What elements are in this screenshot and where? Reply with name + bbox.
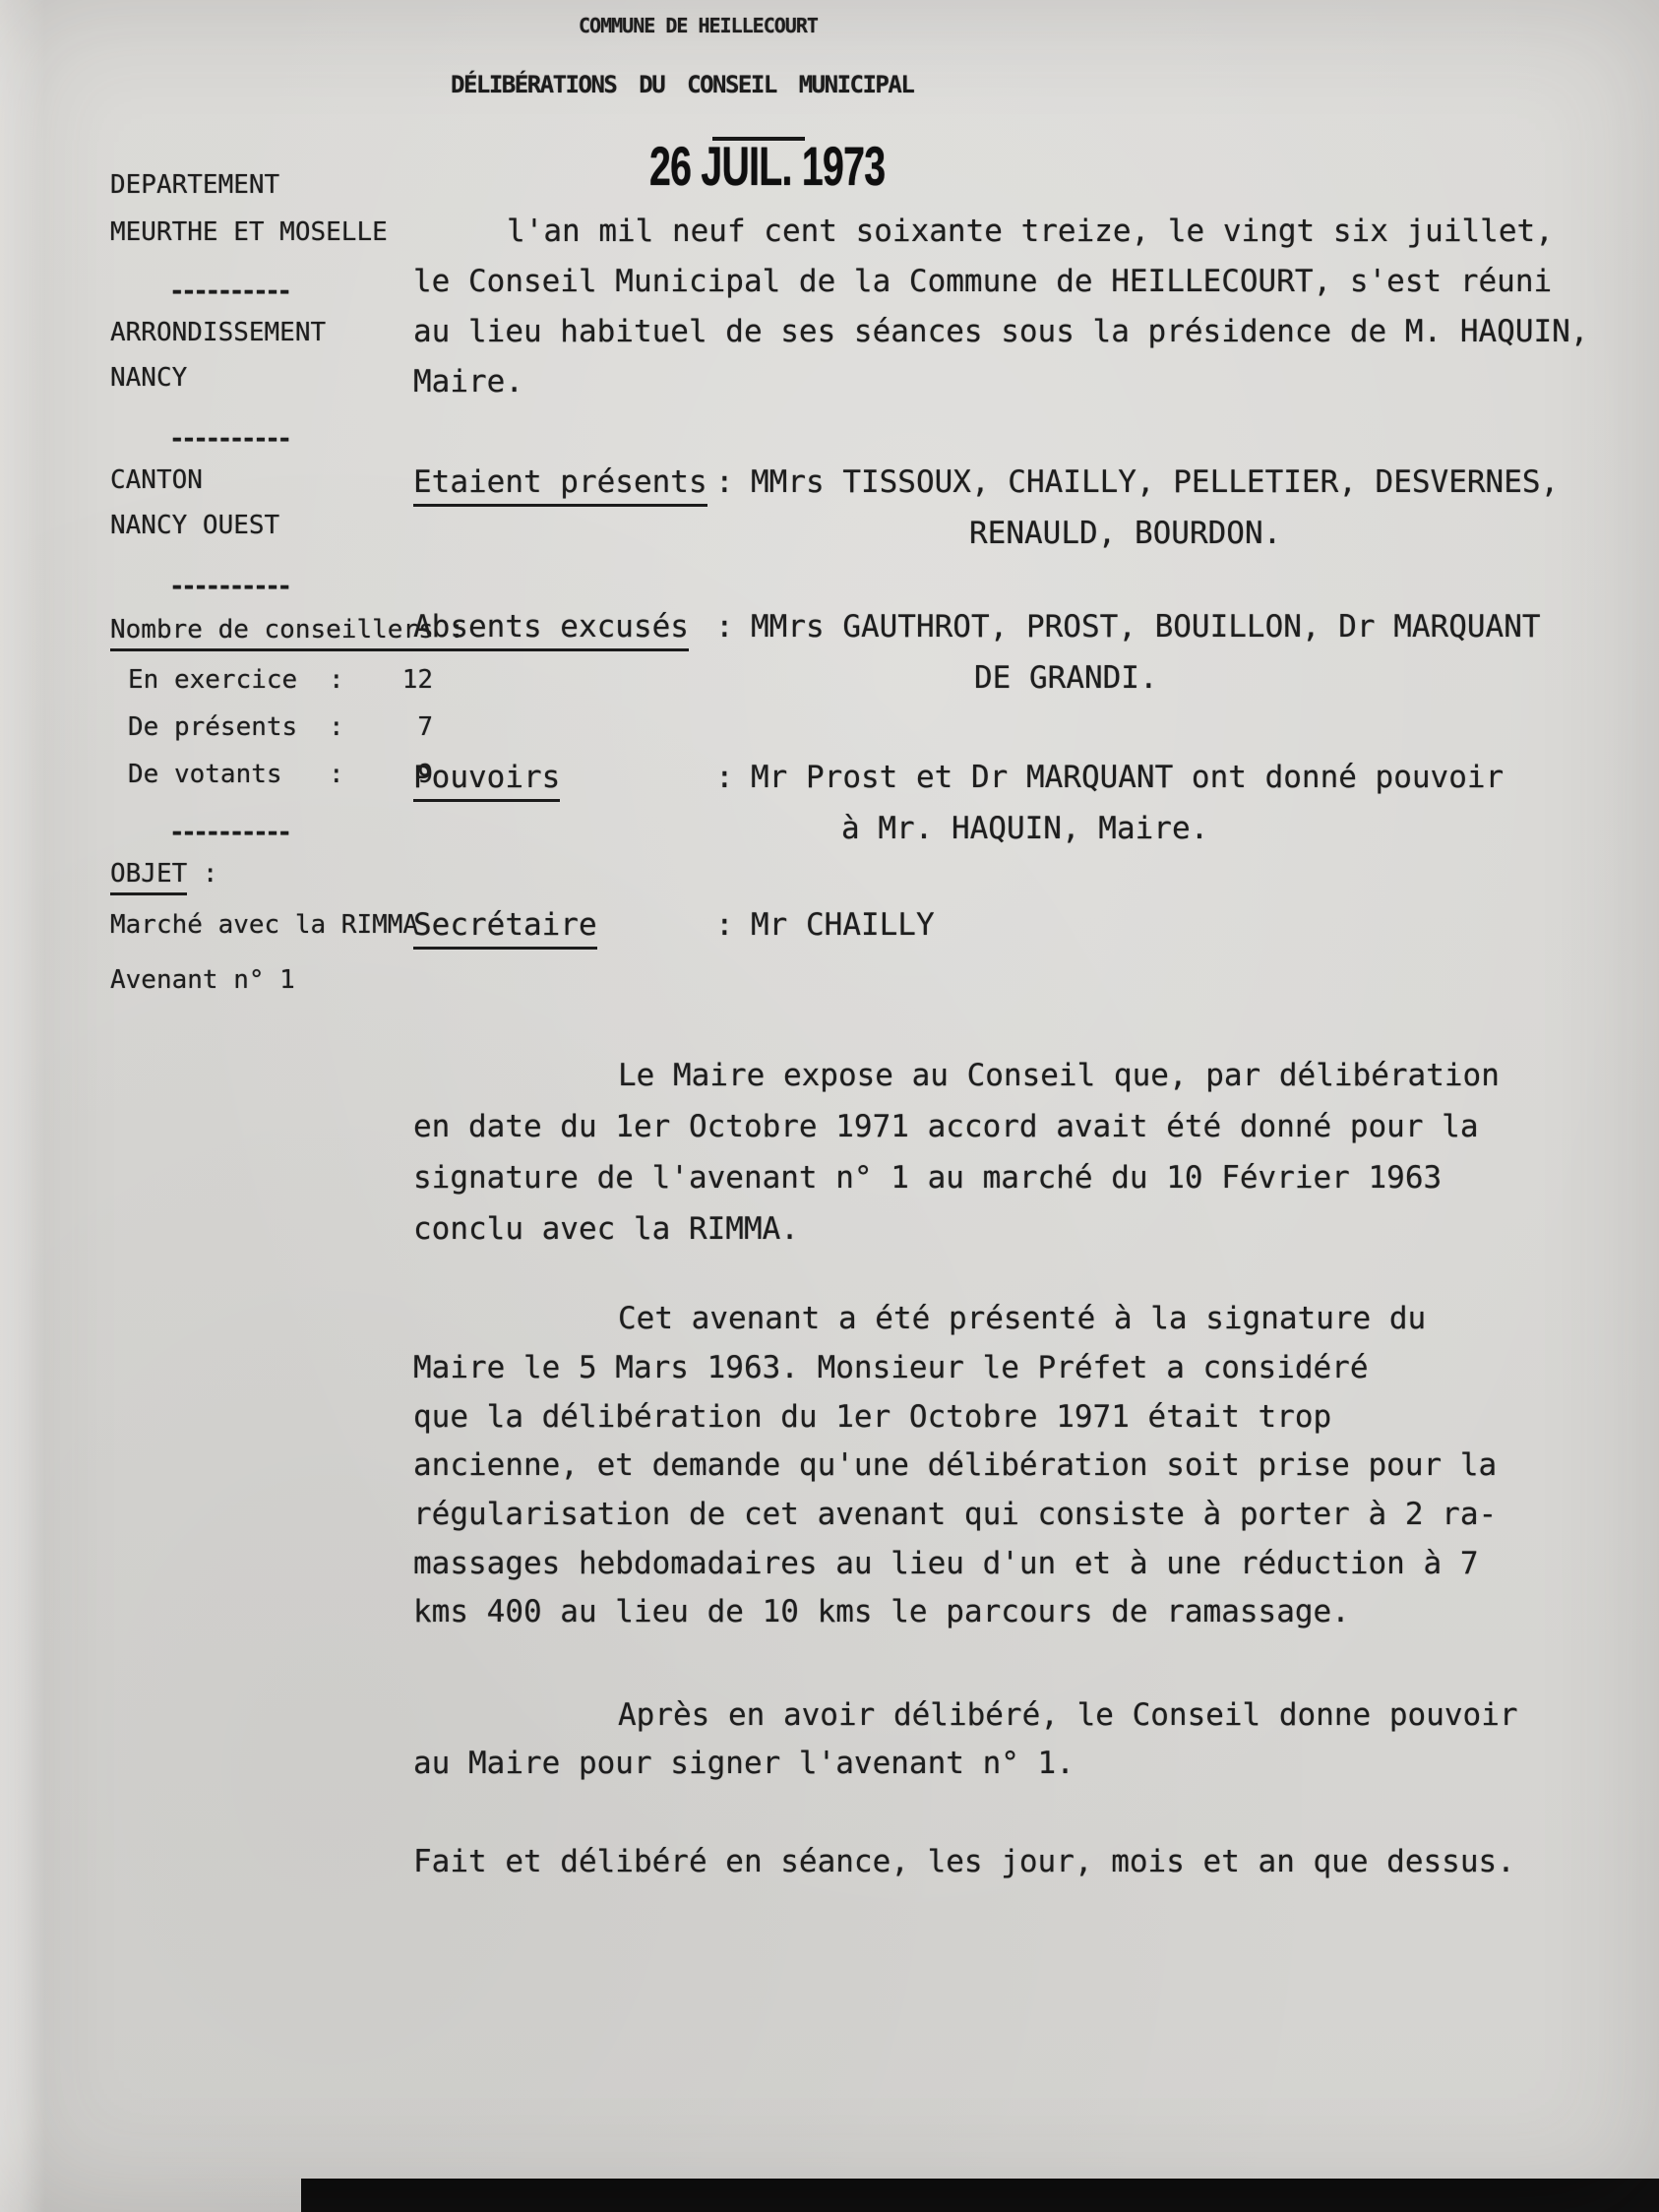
date-stamp: 26 JUIL. 1973 bbox=[649, 139, 885, 194]
conseillers-row-votants-label: De votants bbox=[128, 762, 282, 787]
pouvoirs-text-line-1: Mr Prost et Dr MARQUANT ont donné pouvoi… bbox=[751, 763, 1504, 793]
pouvoirs-text-line-2: à Mr. HAQUIN, Maire. bbox=[841, 814, 1208, 844]
intro-line-2: le Conseil Municipal de la Commune de HE… bbox=[413, 267, 1552, 297]
body-para3-line-2: au Maire pour signer l'avenant n° 1. bbox=[413, 1749, 1075, 1779]
arrondissement-label: ARRONDISSEMENT bbox=[110, 320, 326, 345]
conseillers-row-presents-label: De présents bbox=[128, 714, 297, 740]
canton-label: CANTON bbox=[110, 467, 203, 493]
intro-line-3: au lieu habituel de ses séances sous la … bbox=[413, 317, 1588, 347]
absents-names-line-1: MMrs GAUTHROT, PROST, BOUILLON, Dr MARQU… bbox=[751, 612, 1541, 643]
secretaire-colon: : bbox=[715, 910, 734, 941]
sidebar-divider: ---------- bbox=[169, 574, 289, 599]
absents-names-line-2: DE GRANDI. bbox=[974, 663, 1158, 694]
presents-colon: : bbox=[715, 467, 734, 498]
body-para1-line-4: conclu avec la RIMMA. bbox=[413, 1214, 799, 1245]
presents-names-line-2: RENAULD, BOURDON. bbox=[969, 519, 1281, 549]
sidebar-divider: ---------- bbox=[169, 426, 289, 452]
pouvoirs-colon: : bbox=[715, 763, 734, 793]
body-para1-line-3: signature de l'avenant n° 1 au marché du… bbox=[413, 1163, 1442, 1194]
document-title: DÉLIBÉRATIONS DU CONSEIL MUNICIPAL bbox=[451, 71, 913, 98]
arrondissement-value: NANCY bbox=[110, 365, 187, 391]
closing-line: Fait et délibéré en séance, les jour, mo… bbox=[413, 1847, 1515, 1877]
secretaire-label: Secrétaire bbox=[413, 910, 597, 941]
absents-colon: : bbox=[715, 612, 734, 643]
body-para2-line-4: ancienne, et demande qu'une délibération… bbox=[413, 1450, 1497, 1481]
body-para2-line-2: Maire le 5 Mars 1963. Monsieur le Préfet… bbox=[413, 1353, 1369, 1383]
intro-line-1: l'an mil neuf cent soixante treize, le v… bbox=[507, 216, 1554, 247]
scan-left-edge bbox=[0, 0, 45, 2212]
conseillers-row-exercice-value: 12 bbox=[374, 667, 433, 693]
conseillers-row-exercice-label: En exercice bbox=[128, 667, 297, 693]
body-para2-line-3: que la délibération du 1er Octobre 1971 … bbox=[413, 1402, 1331, 1433]
body-para2-line-1: Cet avenant a été présenté à la signatur… bbox=[618, 1304, 1426, 1334]
objet-heading-text: OBJET bbox=[110, 859, 187, 895]
departement-value: MEURTHE ET MOSELLE bbox=[110, 219, 388, 245]
conseillers-row-presents-colon: : bbox=[329, 714, 344, 740]
presents-label: Etaient présents bbox=[413, 467, 707, 498]
objet-line-1: Marché avec la RIMMA bbox=[110, 912, 418, 938]
objet-line-2: Avenant n° 1 bbox=[110, 967, 295, 993]
secretaire-text: Mr CHAILLY bbox=[751, 910, 935, 941]
body-para1-line-2: en date du 1er Octobre 1971 accord avait… bbox=[413, 1112, 1479, 1142]
body-para3-line-1: Après en avoir délibéré, le Conseil donn… bbox=[618, 1700, 1518, 1731]
body-para2-line-6: massages hebdomadaires au lieu d'un et à… bbox=[413, 1549, 1479, 1579]
departement-label: DEPARTEMENT bbox=[110, 172, 279, 198]
conseillers-row-votants-colon: : bbox=[329, 762, 344, 787]
pouvoirs-label: Pouvoirs bbox=[413, 763, 560, 793]
sidebar-divider: ---------- bbox=[169, 820, 289, 845]
bottom-scan-bar bbox=[301, 2179, 1659, 2212]
objet-heading-colon: : bbox=[187, 859, 217, 889]
body-para2-line-7: kms 400 au lieu de 10 kms le parcours de… bbox=[413, 1597, 1350, 1628]
conseillers-row-presents-value: 7 bbox=[374, 714, 433, 740]
conseillers-heading-text: Nombre de conseillers bbox=[110, 615, 434, 651]
conseillers-heading: Nombre de conseillers : bbox=[110, 617, 464, 643]
commune-title: COMMUNE DE HEILLECOURT bbox=[579, 14, 818, 37]
intro-line-4: Maire. bbox=[413, 367, 523, 398]
canton-value: NANCY OUEST bbox=[110, 513, 279, 538]
objet-heading: OBJET : bbox=[110, 861, 218, 887]
body-para1-line-1: Le Maire expose au Conseil que, par déli… bbox=[618, 1061, 1500, 1091]
sidebar-divider: ---------- bbox=[169, 278, 289, 304]
conseillers-row-exercice-colon: : bbox=[329, 667, 344, 693]
presents-names-line-1: MMrs TISSOUX, CHAILLY, PELLETIER, DESVER… bbox=[751, 467, 1559, 498]
absents-label: Absents excusés bbox=[413, 612, 689, 643]
body-para2-line-5: régularisation de cet avenant qui consis… bbox=[413, 1500, 1497, 1530]
document-page: COMMUNE DE HEILLECOURT DÉLIBÉRATIONS DU … bbox=[0, 0, 1659, 2212]
